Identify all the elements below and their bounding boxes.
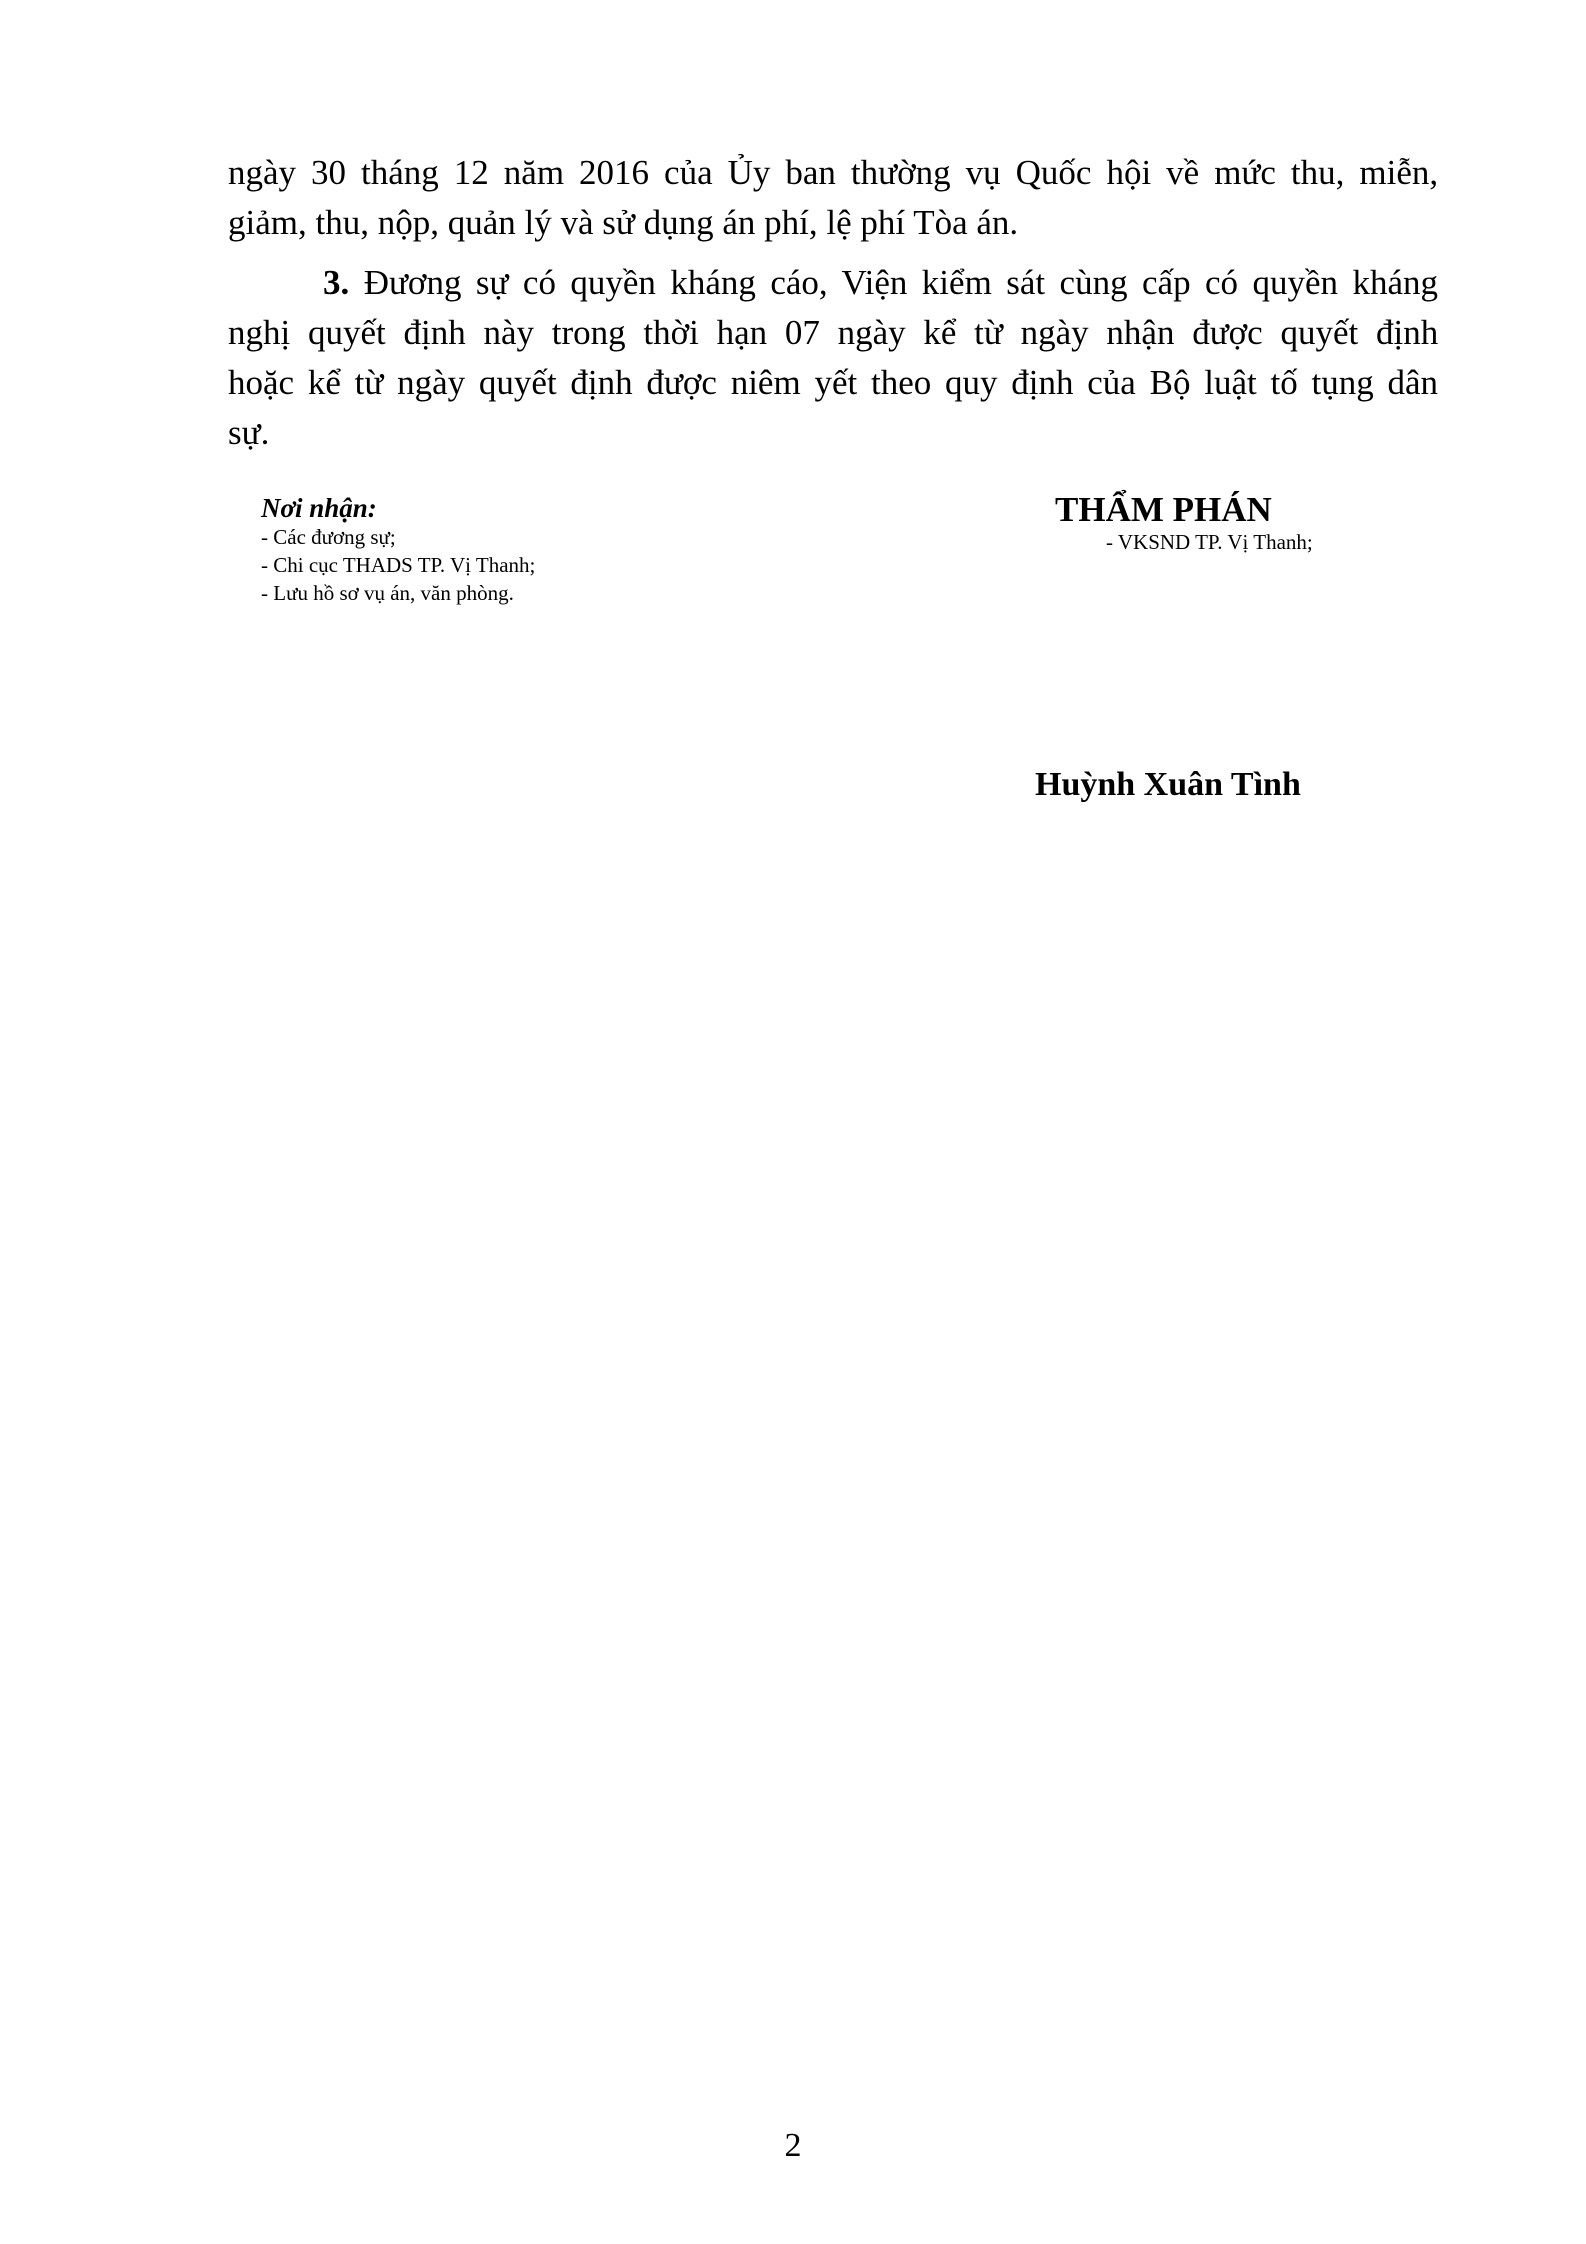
recipient-item: - Các đương sự; <box>261 523 535 551</box>
clause-number: 3. <box>323 263 349 302</box>
recipients-title: Nơi nhận: <box>261 493 535 523</box>
paragraph-fee-regulation: ngày 30 tháng 12 năm 2016 của Ủy ban thư… <box>228 148 1438 248</box>
paragraph-line: hoặc kể từ ngày quyết định được niêm yết… <box>228 358 1438 408</box>
recipients-block: Nơi nhận: - Các đương sự; - Chi cục THAD… <box>261 493 535 607</box>
paragraph-line: nghị quyết định này trong thời hạn 07 ng… <box>228 308 1438 358</box>
paragraph-line: sự. <box>228 408 1438 458</box>
paragraph-line: ngày 30 tháng 12 năm 2016 của Ủy ban thư… <box>228 148 1438 198</box>
document-page: ngày 30 tháng 12 năm 2016 của Ủy ban thư… <box>0 0 1586 2244</box>
signer-name: Huỳnh Xuân Tình <box>1035 765 1301 805</box>
recipient-item: - Chi cục THADS TP. Vị Thanh; <box>261 551 535 579</box>
page-number: 2 <box>0 2126 1586 2166</box>
recipient-item: - Lưu hồ sơ vụ án, văn phòng. <box>261 579 535 607</box>
recipient-item-overflow: - VKSND TP. Vị Thanh; <box>1106 528 1313 556</box>
paragraph-line: giảm, thu, nộp, quản lý và sử dụng án ph… <box>228 198 1438 248</box>
signature-role: THẨM PHÁN <box>1055 490 1272 530</box>
clause-text: Đương sự có quyền kháng cáo, Viện kiểm s… <box>364 263 1438 302</box>
paragraph-appeal-rights: 3. Đương sự có quyền kháng cáo, Viện kiể… <box>228 258 1438 458</box>
paragraph-line: 3. Đương sự có quyền kháng cáo, Viện kiể… <box>228 258 1438 308</box>
